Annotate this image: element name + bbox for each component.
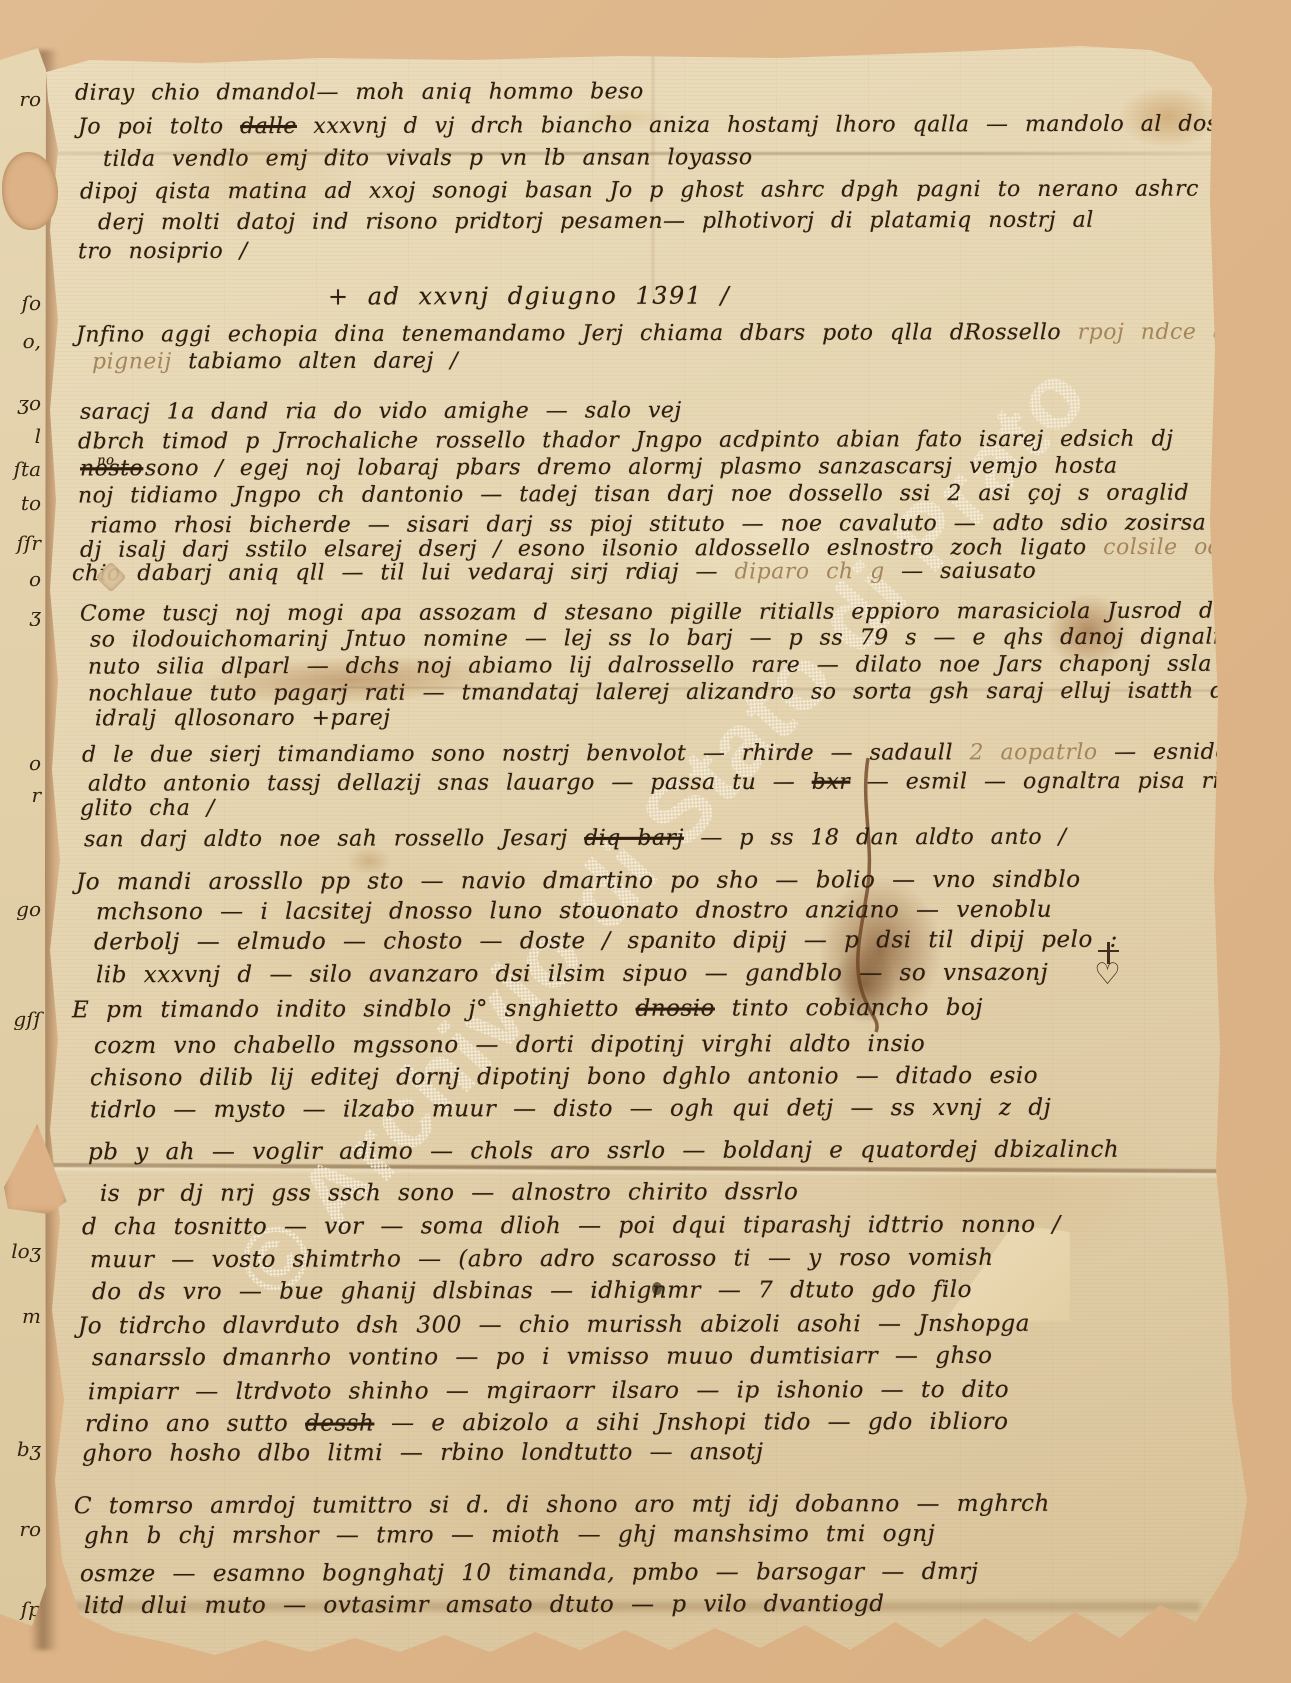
- neighbor-page-text-fragment: l: [0, 425, 46, 447]
- manuscript-line: Jo tidrcho dlavrduto dsh 300 — chio muri…: [78, 1311, 1030, 1339]
- manuscript-line: tilda vendlo emj dito vivals p vn lb ans…: [103, 145, 753, 173]
- manuscript-line: saracj 1a dand ria do vido amighe — salo…: [80, 398, 682, 426]
- neighbor-page-text-fragment: ſo: [0, 292, 46, 314]
- manuscript-line: rdino ano sutto dessh — e abizolo a sihi…: [85, 1409, 1009, 1437]
- neighbor-page-text-fragment: to: [0, 492, 46, 514]
- neighbor-page-text-fragment: r: [0, 784, 46, 806]
- manuscript-line: dbrch timod p Jrrochaliche rossello thad…: [78, 427, 1174, 456]
- neighbor-page-text-fragment: ʒo: [0, 392, 46, 414]
- manuscript-line: ghn b chj mrshor — tmro — mioth — ghj ma…: [84, 1521, 935, 1549]
- manuscript-line: mchsono — i lacsitej dnosso luno stouona…: [96, 897, 1052, 926]
- worm-hole-quatrefoil: [2, 152, 58, 230]
- neighbor-page-text-fragment: go: [0, 898, 46, 920]
- neighbor-page-text-fragment: ʒ: [0, 604, 46, 626]
- neighbor-page-text-fragment: o: [0, 568, 46, 590]
- manuscript-line: ghoro hosho dlbo litmi — rbino londtutto…: [82, 1439, 764, 1467]
- manuscript-line: sanarsslo dmanrho vontino — po i vmisso …: [92, 1343, 992, 1371]
- neighbor-page-text-fragment: m: [0, 1305, 46, 1327]
- manuscript-line: derbolj — elmudo — chosto — doste / span…: [94, 927, 1118, 956]
- manuscript-line: san darj aldto noe sah rossello Jesarj d…: [84, 825, 1067, 854]
- scanned-manuscript: { "manuscript": { "watermark_text": "© A…: [0, 0, 1291, 1683]
- manuscript-line: osmze — esamno bognghatj 10 timanda, pmb…: [80, 1559, 978, 1587]
- manuscript-line: E pm timando indito sindblo j° snghietto…: [72, 995, 983, 1023]
- manuscript-line: Come tuscj noj mogi apa assozam d stesan…: [80, 598, 1291, 627]
- manuscript-line: tro nosiprio /: [78, 239, 248, 265]
- neighbor-page-text-fragment: gſſ: [0, 1008, 46, 1030]
- manuscript-line: litd dlui muto — ovtasimr amsato dtuto —…: [84, 1591, 884, 1619]
- manuscript-line: pigneij tabiamo alten darej /: [92, 349, 458, 376]
- manuscript-line: idralj qllosonaro +parej: [95, 706, 391, 733]
- neighbor-page-text-fragment: o: [0, 752, 46, 774]
- manuscript-line: so ilodouichomarinj Jntuo nomine — lej s…: [90, 624, 1290, 653]
- manuscript-line: tidrlo — mysto — ilzabo muur — disto — o…: [90, 1095, 1051, 1124]
- manuscript-line: glito cha /: [80, 796, 215, 822]
- manuscript-line: impiarr — ltrdvoto shinho — mgiraorr ils…: [88, 1377, 1009, 1405]
- manuscript-line: nochlaue tuto pagarj rati — tmandataj la…: [88, 678, 1257, 707]
- heart-icon: ♡: [1094, 960, 1121, 990]
- neighbor-page-strip: roʒeſoo,ʒolſtatoſſroʒorgogſſleloʒmbʒroſp: [0, 48, 46, 1638]
- manuscript-line: Jo poi tolto dalle xxxvnj d vj drch bian…: [78, 111, 1273, 140]
- manuscript-line: Jo mandi arossllo pp sto — navio dmartin…: [76, 867, 1081, 896]
- fold-crease-vertical: [652, 48, 654, 298]
- neighbor-page-text-fragment: ſta: [0, 458, 46, 480]
- manuscript-line: cozm vno chabello mgssono — dorti dipoti…: [94, 1031, 925, 1059]
- neighbor-page-text-fragment: ro: [0, 1518, 46, 1540]
- manuscript-line: chio dabarj aniq qll — til lui vedaraj s…: [72, 559, 1036, 588]
- manuscript-page: ♡ © Archivio di Stato di Prato diray chi…: [40, 46, 1255, 1664]
- manuscript-line: Jnfino aggi echopia dina tenemandamo Jer…: [76, 319, 1291, 348]
- manuscript-line: noj tidiamo Jngpo ch dantonio — tadej ti…: [78, 481, 1189, 510]
- manuscript-line: C tomrso amrdoj tumittro si d. di shono …: [74, 1491, 1050, 1520]
- manuscript-line: derj molti datoj ind risono pridtorj pes…: [98, 208, 1094, 237]
- manuscript-line: diray chio dmandol— moh aniq hommo beso: [75, 79, 644, 106]
- neighbor-page-text-fragment: bʒ: [0, 1438, 46, 1460]
- manuscript-line: lib xxxvnj d — silo avanzaro dsi ilsim s…: [96, 960, 1048, 988]
- neighbor-page-text-fragment: o,: [0, 330, 46, 352]
- neighbor-page-text-fragment: loʒ: [0, 1240, 46, 1262]
- neighbor-page-text-fragment: ſſr: [0, 532, 46, 554]
- manuscript-line: d cha tosnitto — vor — soma dlioh — poi …: [82, 1212, 1061, 1241]
- manuscript-line: d le due sierj timandiamo sono nostrj be…: [82, 739, 1291, 768]
- manuscript-line: chisono dilib lij editej dornj dipotinj …: [90, 1063, 1038, 1091]
- manuscript-line: dipoj qista matina ad xxoj sonogi basan …: [80, 177, 1199, 206]
- manuscript-line: + ad xxvnj dgiugno 1391 /: [328, 282, 730, 309]
- manuscript-line: do ds vro — bue ghanij dlsbinas — idhign…: [92, 1277, 972, 1305]
- manuscript-line: muur — vosto shimtrho — (abro adro scaro…: [90, 1245, 994, 1273]
- manuscript-line: nuto silia dlparl — dchs noj abiamo lij …: [88, 651, 1291, 680]
- neighbor-page-text-fragment: ro: [0, 88, 46, 110]
- manuscript-line: aldto antonio tassj dellazij snas lauarg…: [88, 768, 1291, 797]
- manuscript-line: pb y ah — voglir adimo — chols aro ssrlo…: [88, 1137, 1119, 1166]
- manuscript-line: is pr dj nrj gss ssch sono — alnostro ch…: [100, 1179, 798, 1207]
